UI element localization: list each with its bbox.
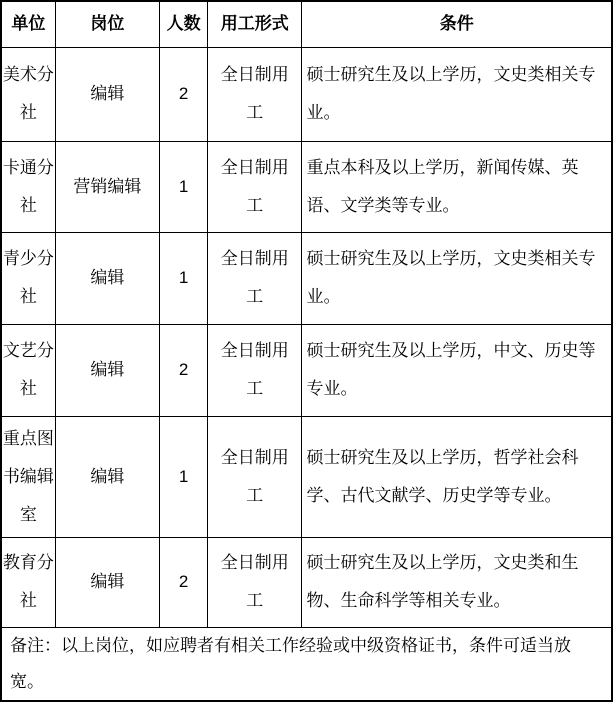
cell-conditions: 硕士研究生及以上学历，文史类和生物、生命科学等相关专业。	[302, 537, 612, 627]
cell-count: 2	[160, 47, 208, 141]
recruitment-table-page: 单位 岗位 人数 用工形式 条件 美术分社 编辑 2 全日制用工 硕士研究生及以…	[0, 0, 613, 703]
cell-count: 1	[160, 232, 208, 324]
cell-unit: 美术分社	[1, 47, 55, 141]
table-row: 青少分社 编辑 1 全日制用工 硕士研究生及以上学历，文史类相关专业。	[1, 232, 612, 324]
cell-count: 1	[160, 416, 208, 537]
table-row: 教育分社 编辑 2 全日制用工 硕士研究生及以上学历，文史类和生物、生命科学等相…	[1, 537, 612, 627]
column-header-employment: 用工形式	[208, 1, 302, 47]
cell-position: 编辑	[55, 324, 159, 416]
cell-employment: 全日制用工	[208, 537, 302, 627]
cell-conditions: 硕士研究生及以上学历，文史类相关专业。	[302, 232, 612, 324]
table-row: 卡通分社 营销编辑 1 全日制用工 重点本科及以上学历，新闻传媒、英语、文学类等…	[1, 141, 612, 232]
cell-position: 编辑	[55, 47, 159, 141]
column-header-conditions: 条件	[302, 1, 612, 47]
cell-position: 营销编辑	[55, 141, 159, 232]
cell-employment: 全日制用工	[208, 232, 302, 324]
cell-employment: 全日制用工	[208, 324, 302, 416]
cell-count: 2	[160, 537, 208, 627]
cell-conditions: 重点本科及以上学历，新闻传媒、英语、文学类等专业。	[302, 141, 612, 232]
cell-employment: 全日制用工	[208, 47, 302, 141]
cell-position: 编辑	[55, 232, 159, 324]
table-row: 美术分社 编辑 2 全日制用工 硕士研究生及以上学历，文史类相关专业。	[1, 47, 612, 141]
cell-conditions: 硕士研究生及以上学历，哲学社会科学、古代文献学、历史学等专业。	[302, 416, 612, 537]
cell-unit: 文艺分社	[1, 324, 55, 416]
cell-count: 2	[160, 324, 208, 416]
table-row: 重点图书编辑室 编辑 1 全日制用工 硕士研究生及以上学历，哲学社会科学、古代文…	[1, 416, 612, 537]
cell-unit: 教育分社	[1, 537, 55, 627]
note-row: 备注：以上岗位，如应聘者有相关工作经验或中级资格证书，条件可适当放宽。	[1, 627, 612, 701]
column-header-position: 岗位	[55, 1, 159, 47]
note-text: 备注：以上岗位，如应聘者有相关工作经验或中级资格证书，条件可适当放宽。	[1, 627, 612, 701]
cell-position: 编辑	[55, 416, 159, 537]
cell-employment: 全日制用工	[208, 141, 302, 232]
cell-conditions: 硕士研究生及以上学历，文史类相关专业。	[302, 47, 612, 141]
table-row: 文艺分社 编辑 2 全日制用工 硕士研究生及以上学历，中文、历史等专业。	[1, 324, 612, 416]
recruitment-table: 单位 岗位 人数 用工形式 条件 美术分社 编辑 2 全日制用工 硕士研究生及以…	[0, 0, 613, 702]
cell-unit: 卡通分社	[1, 141, 55, 232]
column-header-count: 人数	[160, 1, 208, 47]
cell-unit: 青少分社	[1, 232, 55, 324]
cell-unit: 重点图书编辑室	[1, 416, 55, 537]
cell-position: 编辑	[55, 537, 159, 627]
cell-conditions: 硕士研究生及以上学历，中文、历史等专业。	[302, 324, 612, 416]
cell-employment: 全日制用工	[208, 416, 302, 537]
cell-count: 1	[160, 141, 208, 232]
column-header-unit: 单位	[1, 1, 55, 47]
table-header-row: 单位 岗位 人数 用工形式 条件	[1, 1, 612, 47]
